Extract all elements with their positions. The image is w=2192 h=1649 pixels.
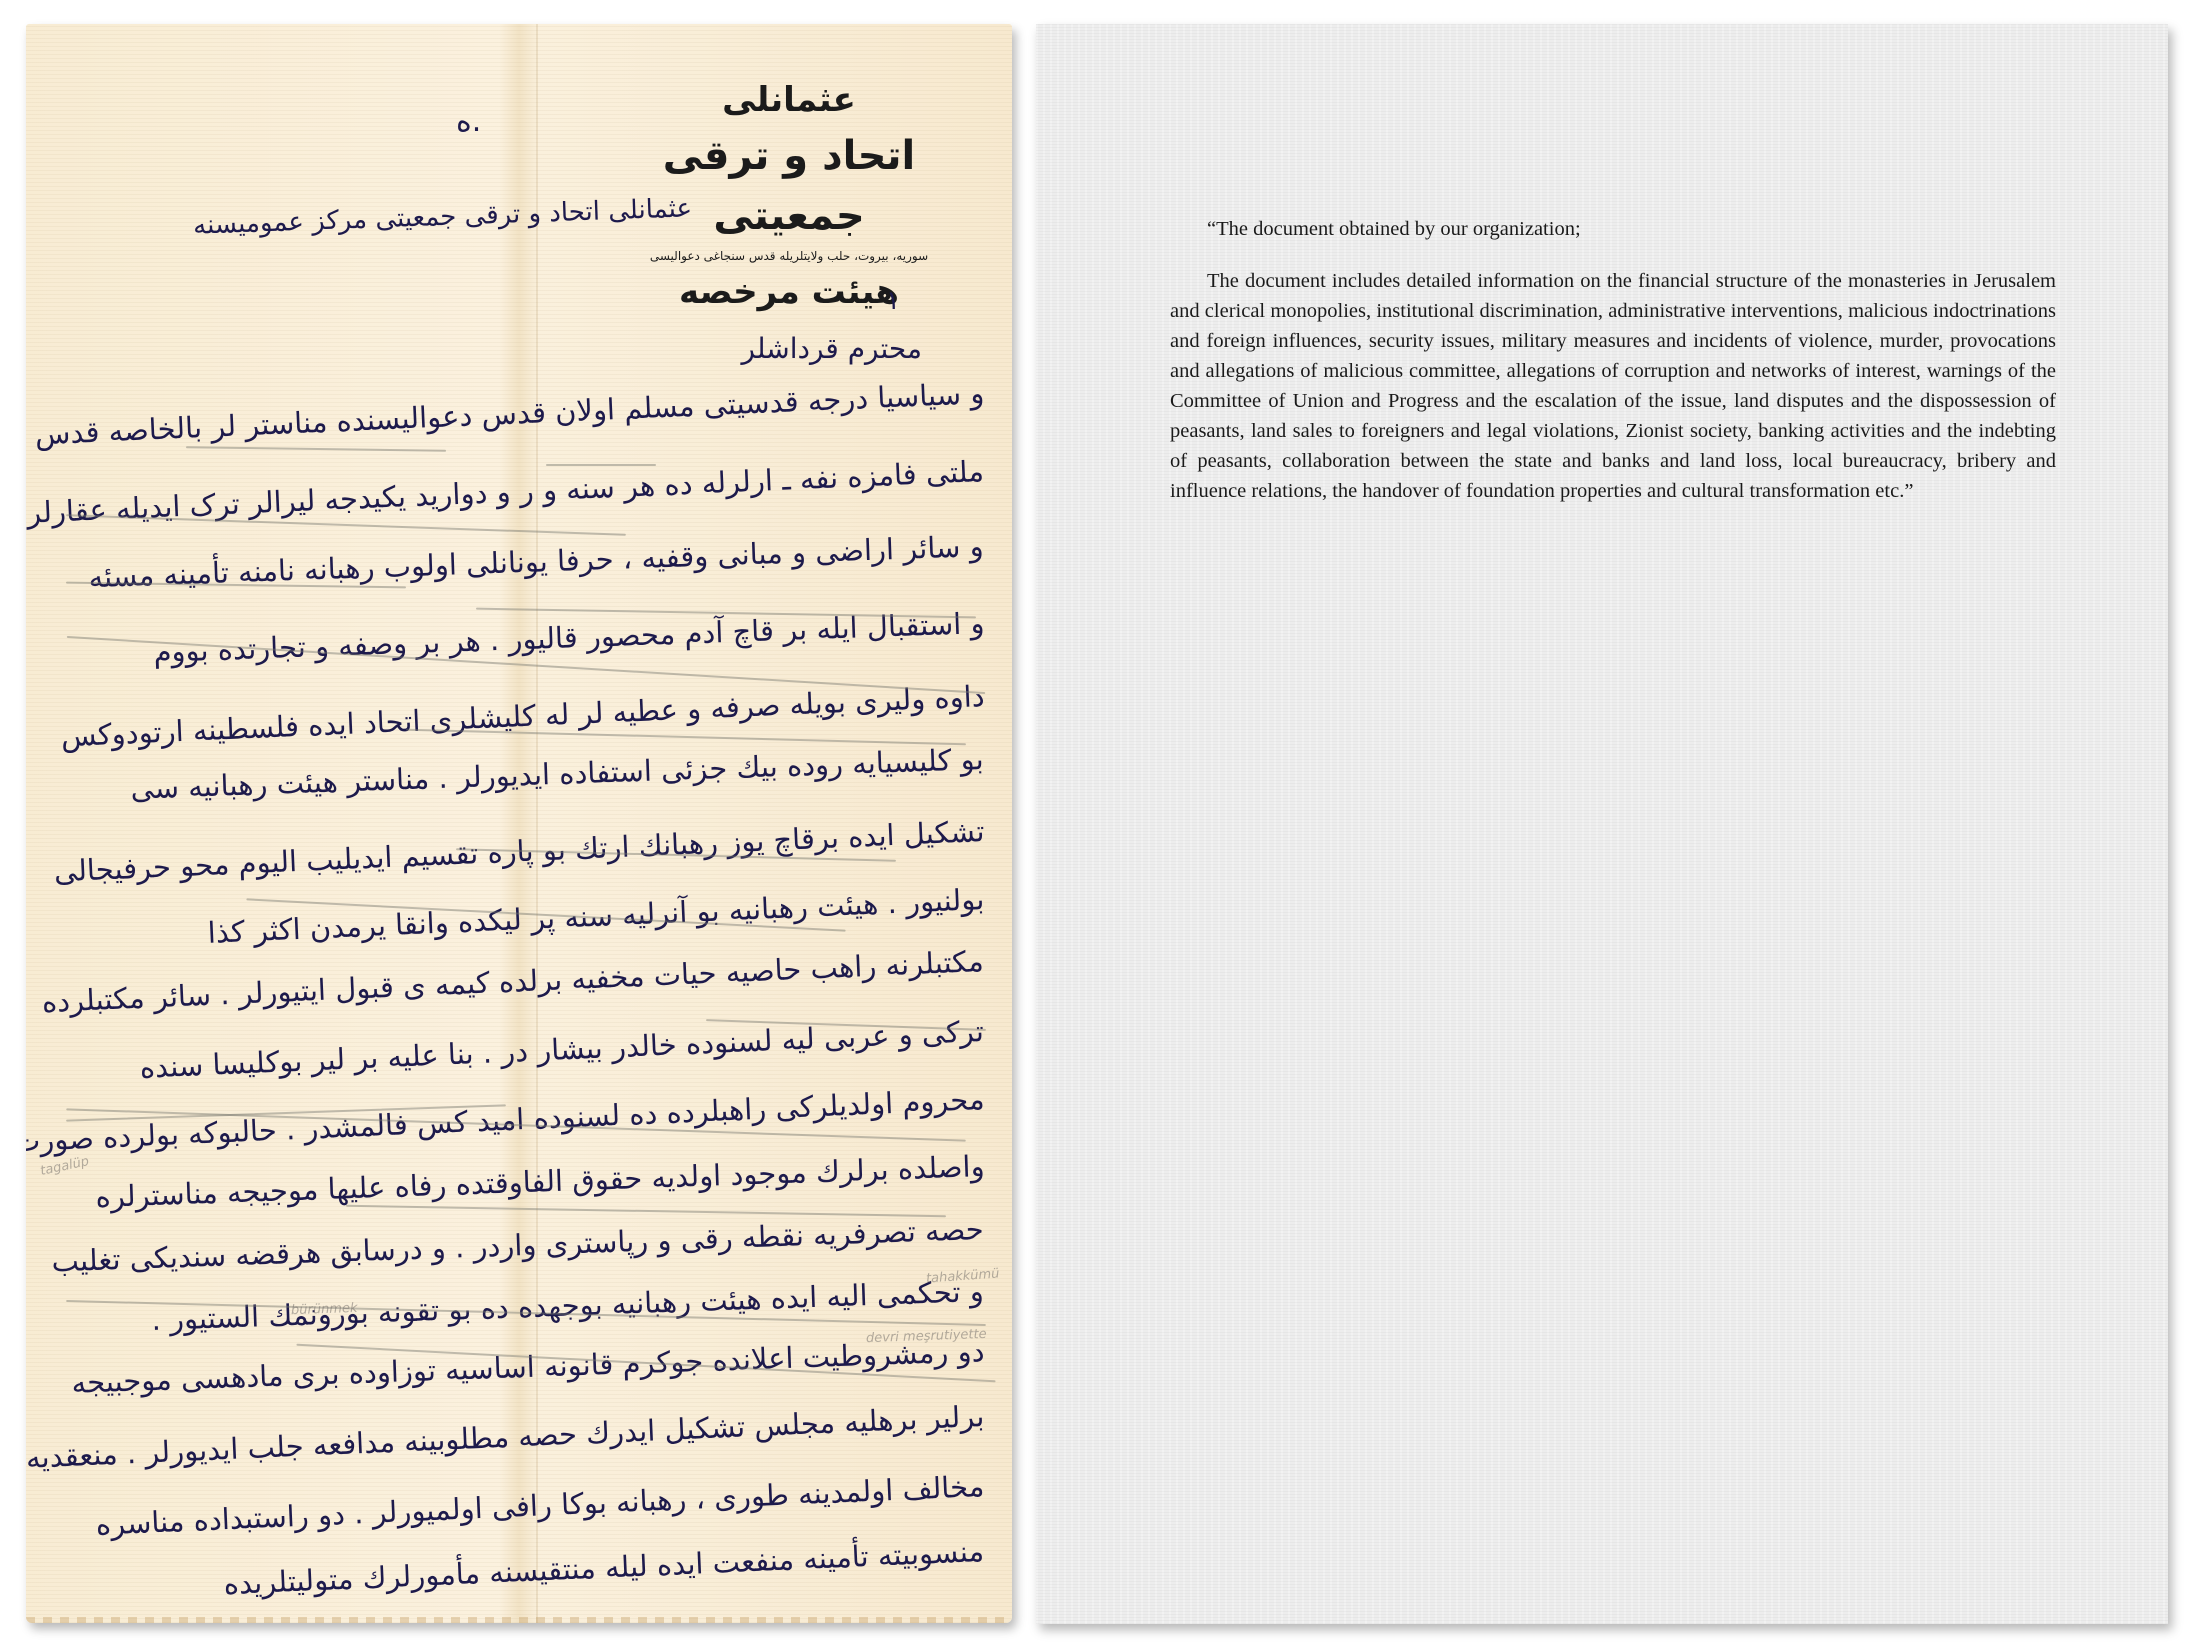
pencil-note: tahakkümü [926, 1266, 1000, 1286]
ottoman-letter-scan: عثمانلی اتحاد و ترقی جمعیتی سوریه، بیروت… [26, 24, 1012, 1623]
pencil-underline [346, 1205, 946, 1217]
handwritten-line: منسوبیته تأمینه منفعت ایده لیله منتقیسنه… [223, 1534, 985, 1601]
handwritten-line: واصلده برلرك موجود اولدیه حقوق الفاوقتده… [94, 1149, 984, 1214]
salutation: محترم قرداشلر [742, 332, 922, 365]
letterhead-line-3: سوریه، بیروت، حلب ولایتلریله قدس سنجاغی … [624, 246, 954, 266]
pencil-note: bürünmek [291, 1301, 358, 1318]
handwritten-line: مکتبلرنه راهب حاصیه حیات مخفیه برلده کیم… [41, 944, 984, 1019]
letterhead-line-1: عثمانلی [624, 74, 954, 126]
torn-bottom-edge [26, 1617, 1012, 1623]
pencil-underline [546, 464, 656, 466]
handwritten-line: برلیر برهلیه مجلس تشکیل ایدرك حصه مطلوبی… [26, 1399, 985, 1475]
page-number: ۱ [886, 286, 900, 316]
handwritten-line: و سیاسیا درجه قدسیتی مسلم اولان قدس دعوا… [26, 376, 985, 457]
handwritten-line: مخالف اولمدینه طوری ، رهبانه بوکا رافی ا… [95, 1469, 985, 1542]
pencil-note: tagalüp [39, 1154, 90, 1179]
translation-text: “The document obtained by our organizati… [1170, 214, 2056, 506]
pencil-underline [66, 514, 626, 536]
handwritten-line: بو کلیسیایه روده بیك جزئی استفاده ایدیور… [130, 742, 984, 806]
handwritten-line: دو رمشروطیت اعلانده جوکرم قانونه اساسیه … [71, 1334, 985, 1400]
handwritten-line: محروم اولدیلرکی راهبلرده ده لسنوده امید … [26, 1082, 985, 1158]
translation-page: “The document obtained by our organizati… [1036, 24, 2168, 1624]
pencil-underline [406, 729, 966, 746]
pencil-underline [186, 446, 446, 452]
letterhead-line-4: هیئت مرخصه [624, 266, 954, 318]
page-mark: ه. [456, 104, 481, 139]
handwritten-line: حصه تصرفریه نقطه رقی و رپاستری واردر . و… [51, 1212, 984, 1279]
addressee-line: عثمانلی اتحاد و ترقی جمعیتی مرکز عمومیسن… [192, 193, 692, 240]
translation-intro: “The document obtained by our organizati… [1170, 214, 2056, 244]
translation-body: The document includes detailed informati… [1170, 266, 2056, 506]
letterhead-line-2: اتحاد و ترقی جمعیتی [624, 126, 954, 246]
